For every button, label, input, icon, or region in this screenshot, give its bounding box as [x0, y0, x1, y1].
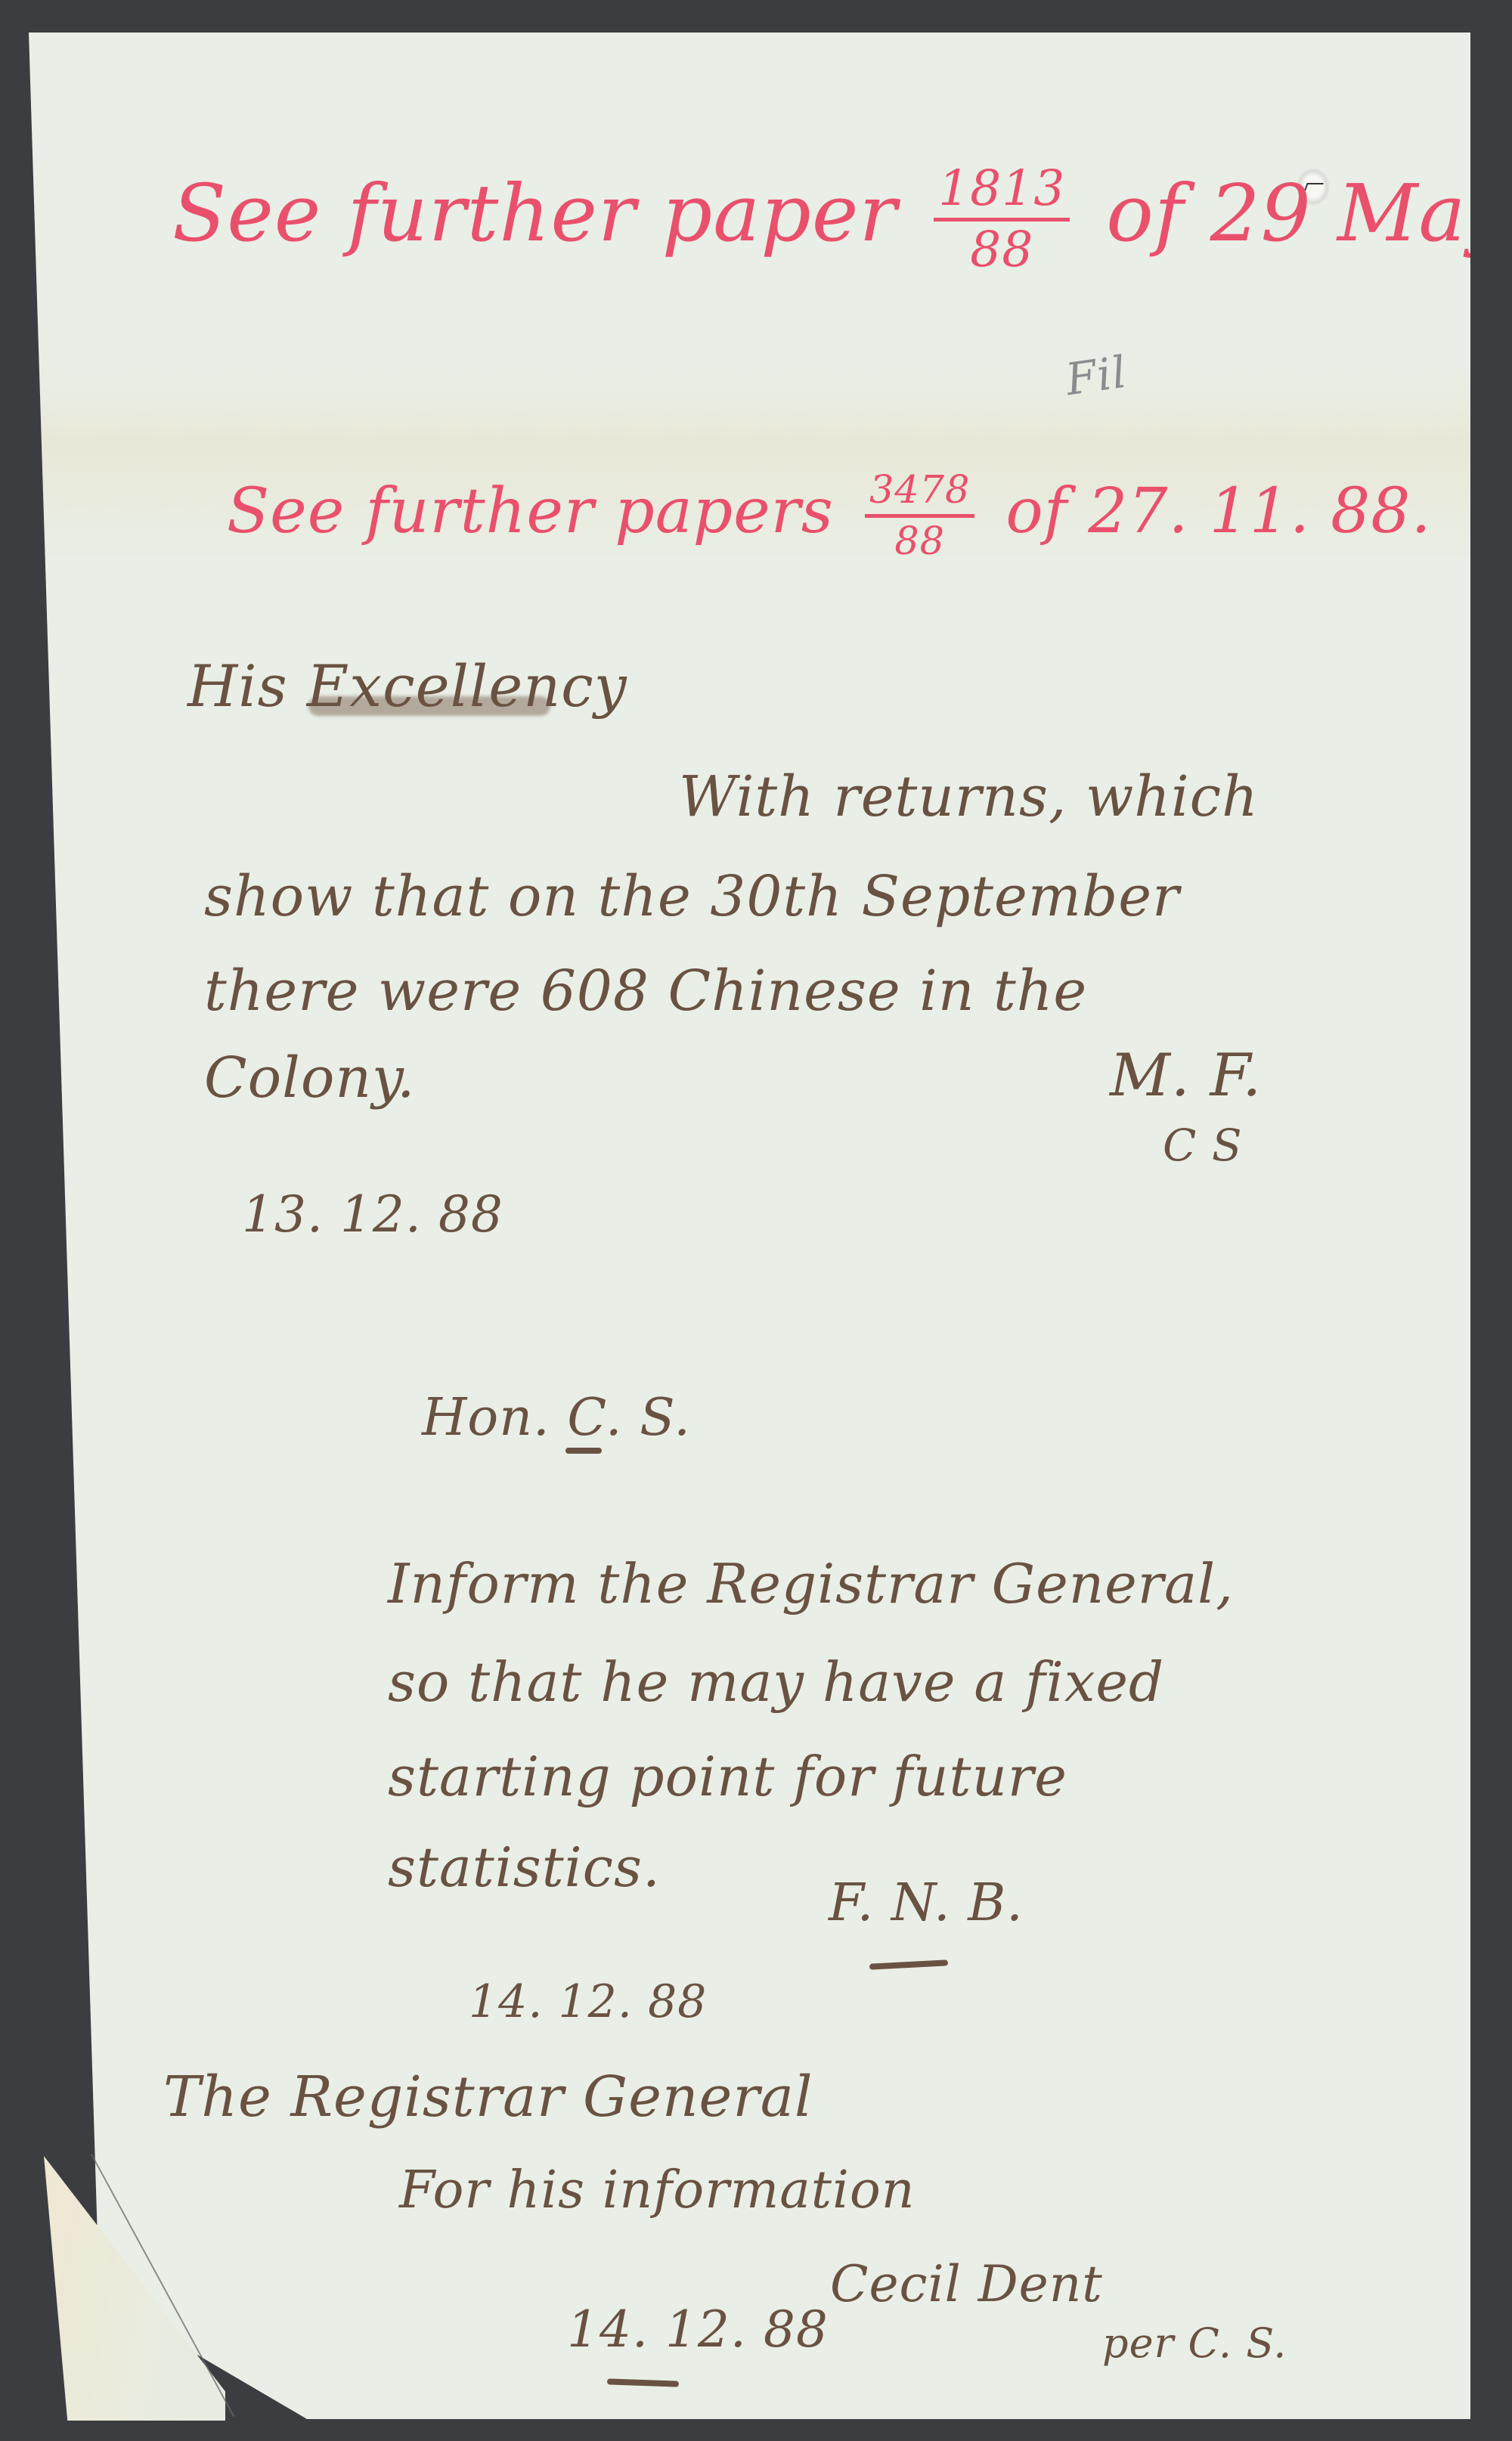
minute-2-salutation-underline — [565, 1448, 602, 1454]
minute-1-line-4: Colony. — [204, 1045, 416, 1111]
minute-2-initials-underline — [869, 1959, 948, 1969]
document-page: See further paper 1813 88 of 29 May 88 F… — [29, 33, 1470, 2419]
red-note-2-reference: 3478 88 — [865, 471, 974, 561]
minute-1-date: 13. 12. 88 — [242, 1185, 503, 1244]
pencil-file-mark: Fil — [1063, 346, 1130, 406]
minute-3-signature-suffix: per C. S. — [1102, 2319, 1287, 2367]
red-note-1-ref-year: 88 — [970, 221, 1033, 274]
minute-2-line-2: so that he may have a fixed — [388, 1650, 1164, 1714]
minute-3-date: 14. 12. 88 — [567, 2300, 829, 2359]
minute-1-initials: M. F. — [1110, 1042, 1262, 1110]
red-note-2-ref-number: 3478 — [865, 471, 974, 518]
red-note-1-prefix: See further paper — [172, 167, 897, 259]
minute-2-salutation: Hon. C. S. — [422, 1388, 691, 1448]
red-annotation-further-paper: See further paper 1813 88 of 29 May 88 — [172, 165, 1512, 275]
red-note-1-suffix: of 29 May 88 — [1106, 167, 1512, 259]
minute-2-line-1: Inform the Registrar General, — [388, 1552, 1234, 1615]
red-note-2-suffix: of 27. 11. 88. — [1005, 475, 1431, 547]
red-note-1-ref-number: 1813 — [934, 165, 1070, 221]
minute-2-initials: F. N. B. — [829, 1873, 1024, 1933]
red-note-2-ref-year: 88 — [894, 518, 945, 561]
minute-1-salutation: His Excellency — [187, 652, 627, 720]
minute-3-addressee: The Registrar General — [163, 2065, 813, 2130]
minute-3-date-underline — [607, 2378, 679, 2387]
minute-2-line-3: starting point for future — [388, 1745, 1067, 1808]
minute-3-signature: Cecil Dent — [830, 2255, 1103, 2313]
red-note-1-reference: 1813 88 — [934, 165, 1070, 275]
minute-2-line-4: statistics. — [388, 1835, 661, 1899]
red-annotation-further-papers: See further papers 3478 88 of 27. 11. 88… — [227, 471, 1432, 561]
minute-2-date: 14. 12. 88 — [469, 1975, 707, 2028]
red-note-2-prefix: See further papers — [227, 475, 834, 547]
minute-1-line-3: there were 608 Chinese in the — [204, 959, 1087, 1024]
minute-3-body: For his information — [399, 2161, 916, 2220]
minute-1-line-2: show that on the 30th September — [204, 864, 1179, 929]
minute-1-line-1: With returns, which — [679, 764, 1259, 829]
minute-1-initials-office: C S — [1163, 1120, 1243, 1171]
